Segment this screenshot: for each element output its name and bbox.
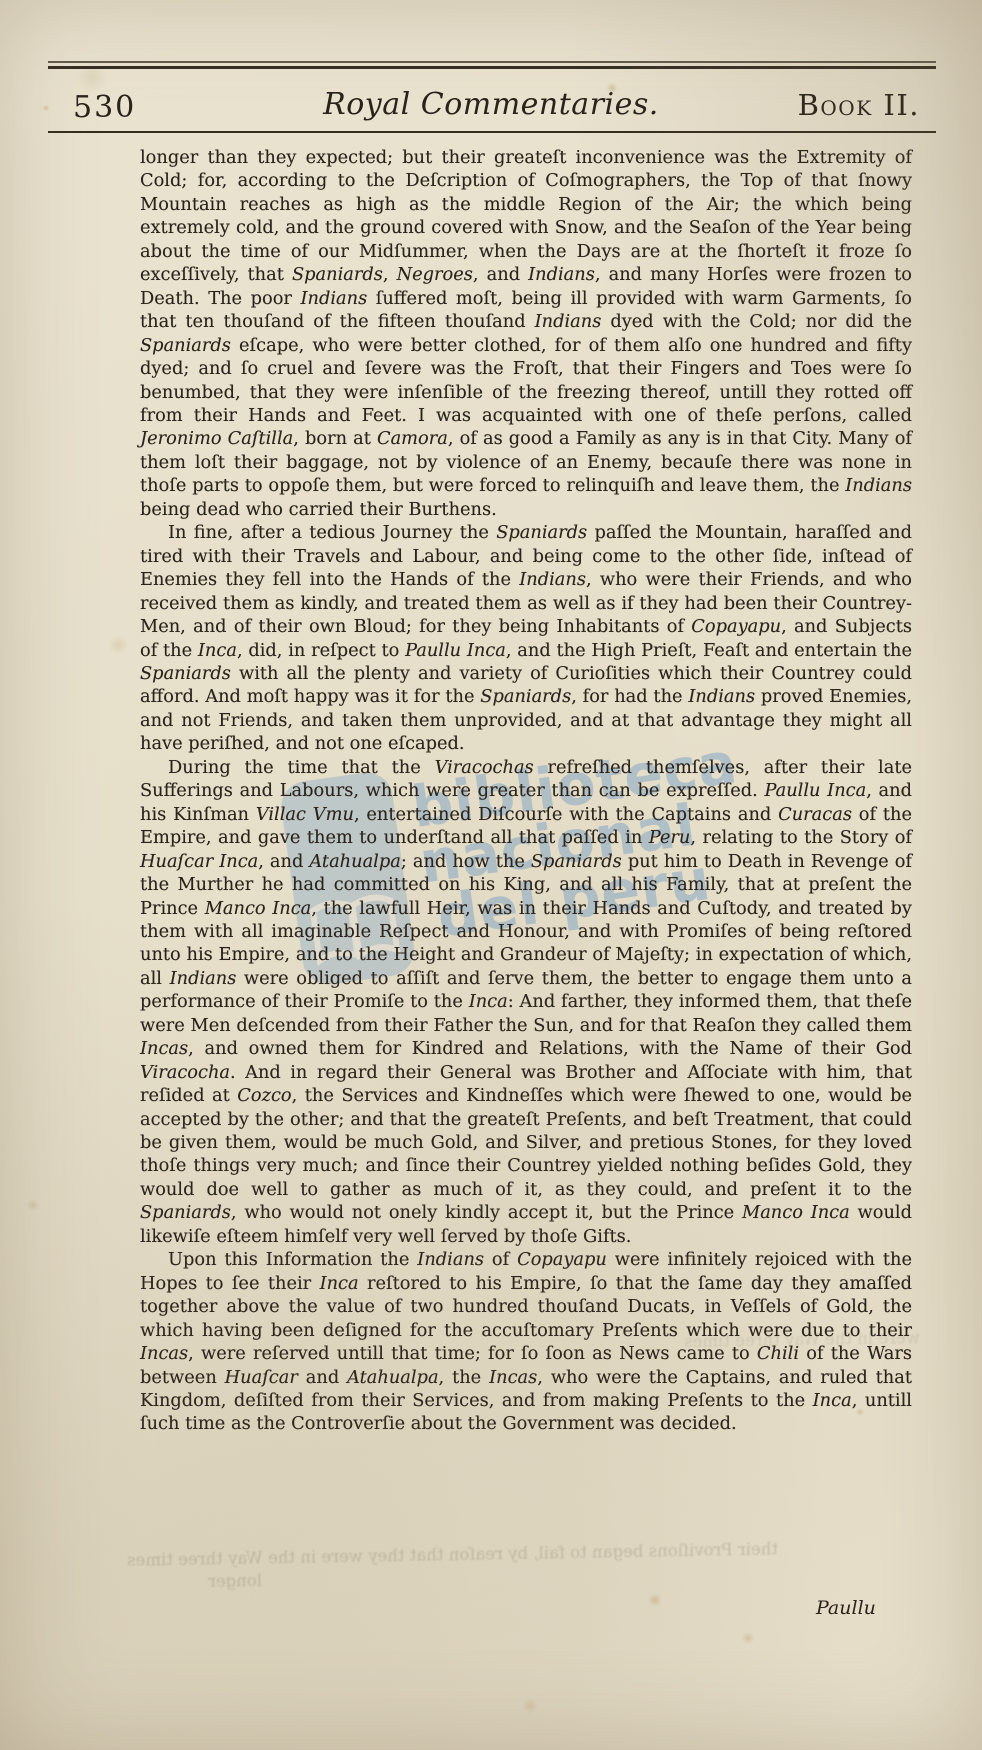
text-run: , bbox=[383, 264, 397, 285]
text-run: Upon this Information the bbox=[168, 1249, 417, 1270]
italic-text-run: Incas bbox=[140, 1038, 188, 1059]
italic-text-run: Huaſcar bbox=[225, 1367, 298, 1388]
text-run: , born at bbox=[293, 428, 377, 449]
italic-text-run: Camora bbox=[377, 428, 448, 449]
italic-text-run: Spaniards bbox=[140, 335, 231, 356]
text-run: , the bbox=[439, 1367, 490, 1388]
italic-text-run: Curacas bbox=[778, 804, 852, 825]
text-run: , relating to the Story of bbox=[690, 827, 912, 848]
paragraph: In fine, after a tedious Journey the Spa… bbox=[140, 521, 912, 756]
text-run: , who would not onely kindly accept it, … bbox=[231, 1202, 742, 1223]
text-run: of bbox=[484, 1249, 517, 1270]
paragraph: During the time that the Viracochas refr… bbox=[140, 756, 912, 1249]
italic-text-run: Inca bbox=[813, 1390, 852, 1411]
body-text: longer than they expected; but their gre… bbox=[140, 146, 912, 1436]
italic-text-run: Atahualpa bbox=[347, 1367, 438, 1388]
book-page: biblioteca nacional del peru their Provi… bbox=[0, 0, 982, 1750]
text-run: and bbox=[298, 1367, 347, 1388]
italic-text-run: Indians bbox=[519, 569, 586, 590]
italic-text-run: Jeronimo Caſtilla bbox=[140, 428, 293, 449]
italic-text-run: Incas bbox=[140, 1343, 188, 1364]
text-run: , and the High Prieſt, Feaſt and enterta… bbox=[506, 640, 912, 661]
text-run: In fine, after a tedious Journey the bbox=[168, 522, 496, 543]
italic-text-run: Indians bbox=[688, 686, 755, 707]
italic-text-run: Indians bbox=[535, 311, 602, 332]
italic-text-run: Indians bbox=[170, 968, 237, 989]
italic-text-run: Indians bbox=[528, 264, 595, 285]
italic-text-run: Paullu Inca bbox=[764, 780, 866, 801]
header-rule-thick bbox=[48, 66, 936, 69]
bleed-through-text: their Proviſions began to fail, by reaſo… bbox=[138, 1539, 778, 1569]
italic-text-run: Spaniards bbox=[292, 264, 383, 285]
italic-text-run: Negroes bbox=[397, 264, 473, 285]
header-rule-bottom bbox=[48, 131, 936, 133]
italic-text-run: Spaniards bbox=[140, 1202, 231, 1223]
header-rule-thin bbox=[48, 61, 936, 63]
catchword: Paullu bbox=[816, 1597, 876, 1619]
italic-text-run: Villac Vmu bbox=[256, 804, 354, 825]
italic-text-run: Indians bbox=[417, 1249, 484, 1270]
text-run: , were reſerved untill that time; for ſo… bbox=[188, 1343, 757, 1364]
text-run: , did, in reſpect to bbox=[237, 640, 405, 661]
text-run: being dead who carried their Burthens. bbox=[140, 499, 497, 520]
italic-text-run: Chili bbox=[757, 1343, 799, 1364]
book-label: Book II. bbox=[798, 88, 920, 122]
italic-text-run: Atahualpa bbox=[309, 851, 400, 872]
text-run: , and bbox=[258, 851, 309, 872]
text-run: During the time that the bbox=[168, 757, 435, 778]
italic-text-run: Viracochas bbox=[435, 757, 534, 778]
italic-text-run: Inca bbox=[198, 640, 237, 661]
text-run: , for had the bbox=[571, 686, 688, 707]
italic-text-run: Spaniards bbox=[496, 522, 587, 543]
text-run: , entertained Diſcourſe with the Captain… bbox=[354, 804, 778, 825]
italic-text-run: Cozco bbox=[237, 1085, 291, 1106]
text-run: , and bbox=[473, 264, 528, 285]
italic-text-run: Inca bbox=[320, 1273, 359, 1294]
text-run: dyed with the Cold; nor did the bbox=[601, 311, 912, 332]
italic-text-run: Paullu Inca bbox=[405, 640, 506, 661]
italic-text-run: Indians bbox=[300, 288, 367, 309]
paragraph: Upon this Information the Indians of Cop… bbox=[140, 1248, 912, 1436]
italic-text-run: Spaniards bbox=[480, 686, 571, 707]
italic-text-run: Indians bbox=[845, 475, 912, 496]
italic-text-run: Spaniards bbox=[140, 663, 231, 684]
italic-text-run: Copayapu bbox=[517, 1249, 607, 1270]
italic-text-run: Incas bbox=[489, 1367, 537, 1388]
text-run: , and owned them for Kindred and Relatio… bbox=[188, 1038, 912, 1059]
italic-text-run: Manco Inca bbox=[205, 898, 312, 919]
italic-text-run: Peru bbox=[649, 827, 691, 848]
text-run: eſcape, who were better clothed, for of … bbox=[140, 335, 912, 426]
italic-text-run: Spaniards bbox=[531, 851, 622, 872]
italic-text-run: Manco Inca bbox=[742, 1202, 850, 1223]
bleed-through-text: longer bbox=[142, 1571, 262, 1592]
italic-text-run: Copayapu bbox=[691, 616, 781, 637]
italic-text-run: Inca bbox=[469, 991, 508, 1012]
paragraph: longer than they expected; but their gre… bbox=[140, 146, 912, 521]
text-run: ; and how the bbox=[401, 851, 531, 872]
italic-text-run: Huaſcar Inca bbox=[140, 851, 258, 872]
italic-text-run: Viracocha bbox=[140, 1062, 230, 1083]
